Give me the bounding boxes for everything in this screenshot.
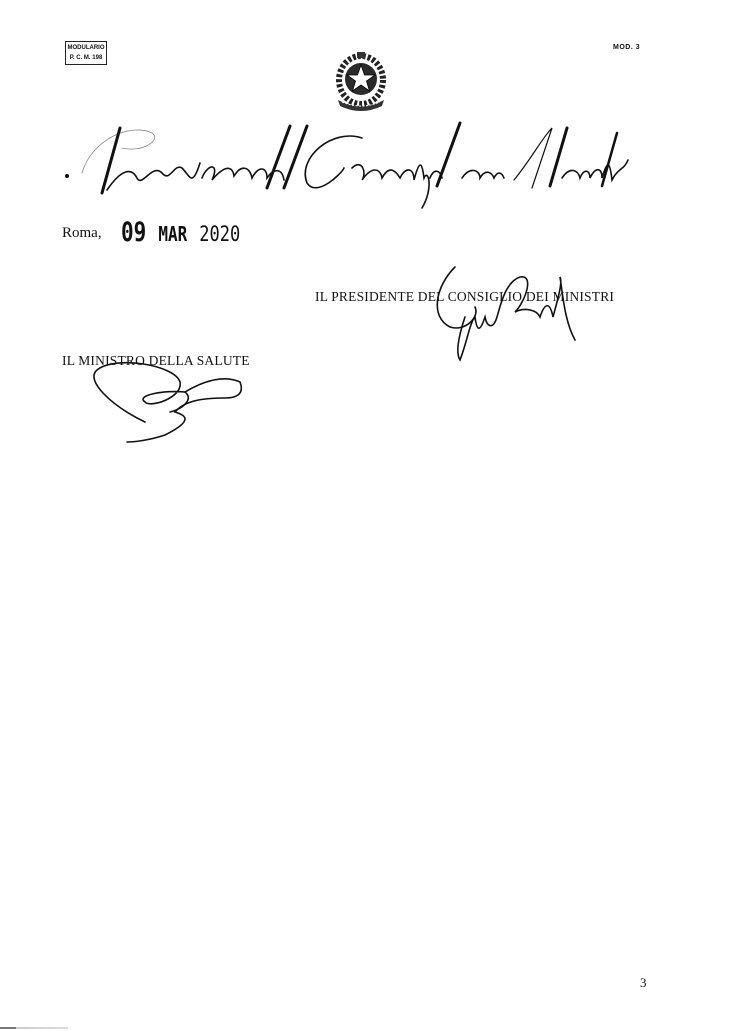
- date-day: 09: [121, 217, 146, 247]
- form-code: MOD. 3: [613, 44, 640, 51]
- date-stamp: 09 MAR 2020: [121, 217, 240, 247]
- date-year: 2020: [199, 222, 240, 247]
- italian-republic-emblem-icon: [330, 46, 392, 114]
- institution-title-script: Presidenza del Consiglio dei Ministri: [62, 118, 632, 213]
- form-box-line-2: P. C. M. 198: [66, 53, 106, 63]
- place-label: Roma,: [62, 225, 102, 242]
- president-signature: [425, 262, 595, 367]
- minister-signature: [85, 360, 245, 445]
- date-month: MAR: [158, 222, 187, 246]
- form-box-line-1: MODULARIO: [66, 43, 106, 53]
- form-box: MODULARIO P. C. M. 198: [65, 41, 107, 65]
- page-number: 3: [640, 975, 647, 991]
- page-edge-line: [0, 1027, 68, 1029]
